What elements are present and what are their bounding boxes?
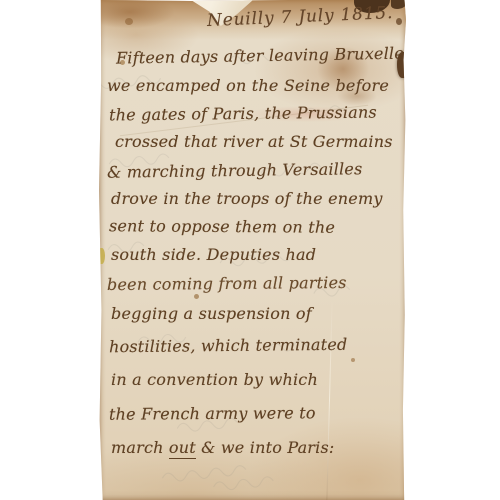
last-line-pre: march xyxy=(111,438,169,457)
foxing-spot xyxy=(351,358,355,362)
last-line-underlined-word: out xyxy=(169,438,196,459)
letter-line-11: hostilities, which terminated xyxy=(109,335,348,356)
letter-line-1: Fifteen days after leaving Bruxelles, xyxy=(116,43,418,67)
letter-paper: Neuilly 7 July 1815. Fifteen days after … xyxy=(99,0,406,500)
letter-line-13: the French army were to xyxy=(109,403,316,423)
letter-line-2: we encamped on the Seine before xyxy=(107,76,389,95)
foxing-spot xyxy=(194,294,199,299)
last-line-post: & we into Paris: xyxy=(196,438,335,457)
letter-line-14: march out & we into Paris: xyxy=(111,438,334,457)
letter-line-12: in a convention by which xyxy=(111,370,318,389)
letter-photo: Neuilly 7 July 1815. Fifteen days after … xyxy=(0,0,500,500)
letter-line-10: begging a suspension of xyxy=(111,304,312,323)
yellow-stain xyxy=(99,248,105,264)
paper-crease xyxy=(326,300,332,500)
letter-line-8: south side. Deputies had xyxy=(111,245,316,264)
letter-line-5: & marching through Versailles xyxy=(107,159,363,182)
letter-line-6: drove in the troops of the enemy xyxy=(111,189,383,208)
letter-line-4: crossed that river at St Germains xyxy=(115,132,393,151)
letter-line-9: been coming from all parties xyxy=(107,273,347,294)
seal-remnant xyxy=(396,18,402,25)
letter-line-3: the gates of Paris, the Prussians xyxy=(109,103,377,125)
letter-line-7: sent to oppose them on the xyxy=(109,216,335,237)
